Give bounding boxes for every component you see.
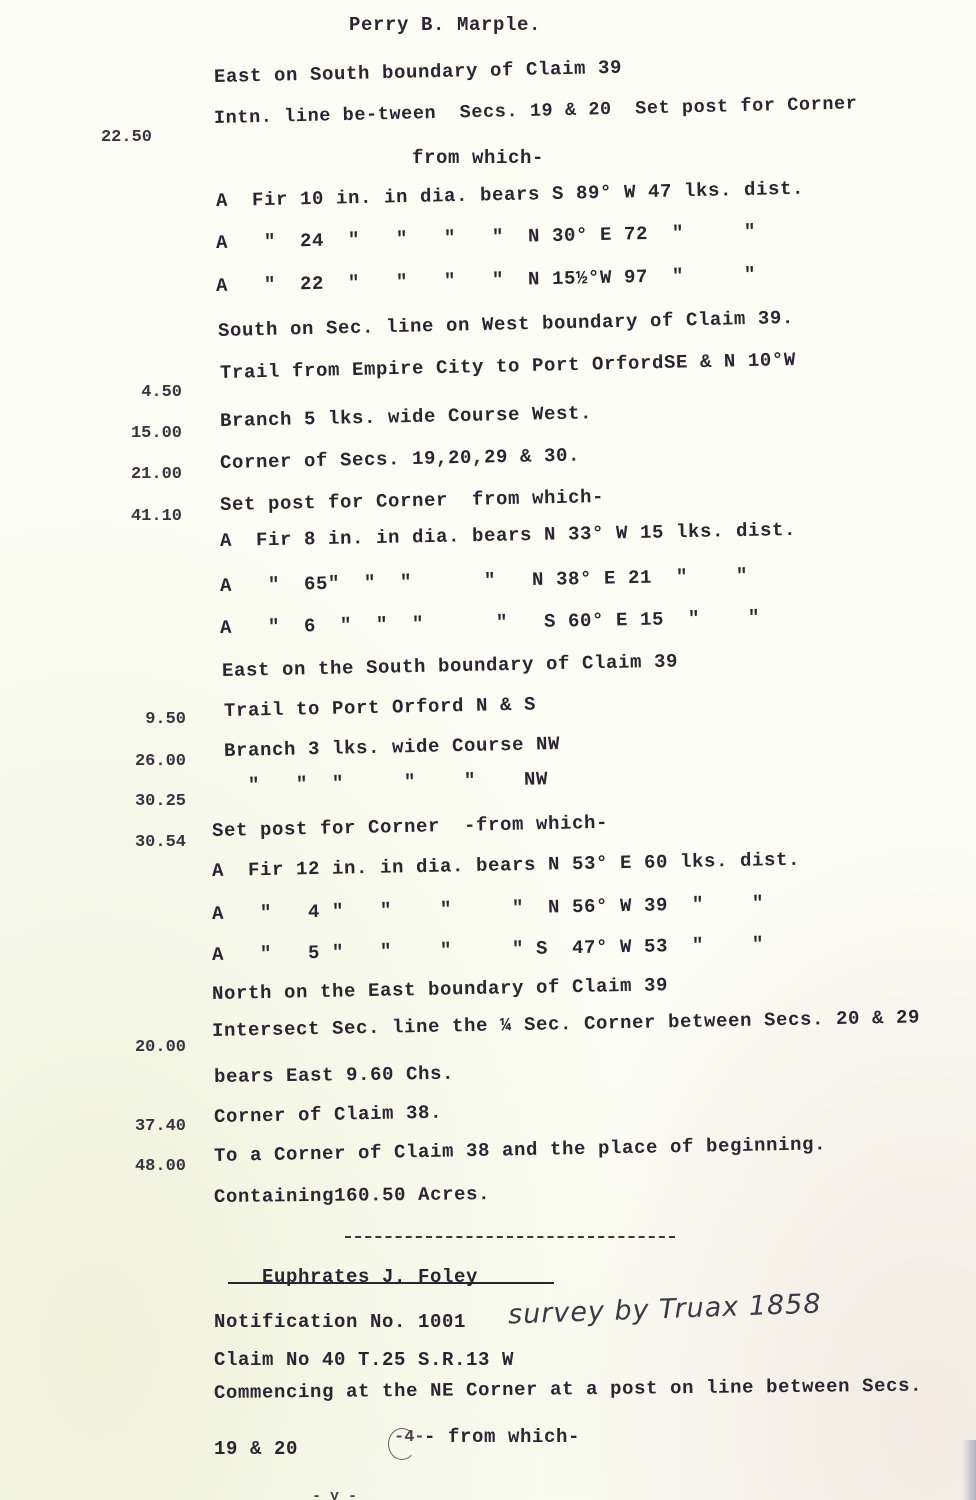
from-which-line: - from which-: [424, 1426, 580, 1448]
station-value: 30.25: [96, 792, 186, 811]
acreage-total: Containing160.50 Acres.: [214, 1183, 490, 1208]
survey-line: Branch 3 lks. wide Course NW: [224, 733, 560, 762]
survey-line: South on Sec. line on West boundary of C…: [218, 307, 794, 342]
witness-tree-line: A " 65" " " " N 38° E 21 " ": [220, 565, 748, 597]
station-value: 21.00: [92, 465, 182, 484]
witness-tree-line: A " 22 " " " " N 15½°W 97 " ": [216, 264, 756, 297]
witness-tree-line: A " 5 " " " " S 47° W 53 " ": [212, 933, 764, 966]
page-edge-shadow: [962, 1440, 976, 1500]
station-value: 30.54: [96, 833, 186, 852]
station-value: 20.00: [96, 1038, 186, 1057]
survey-line: East on the South boundary of Claim 39: [222, 650, 678, 682]
station-value: 41.10: [92, 507, 182, 526]
survey-line: Set post for Corner from which-: [220, 486, 604, 516]
station-value: 48.00: [96, 1157, 186, 1176]
survey-line: East on South boundary of Claim 39: [214, 57, 622, 88]
station-value: 15.00: [92, 424, 182, 443]
section-divider: [345, 1236, 675, 1238]
scanned-document-page: Perry B. Marple. East on South boundary …: [0, 0, 976, 1500]
witness-tree-line: A " 24 " " " " N 30° E 72 " ": [216, 221, 756, 254]
witness-tree-line: A Fir 10 in. in dia. bears S 89° W 47 lk…: [216, 178, 804, 212]
witness-tree-line: A Fir 8 in. in dia. bears N 33° W 15 lks…: [220, 519, 796, 552]
survey-line: Set post for Corner -from which-: [212, 812, 608, 842]
witness-tree-line: A Fir 12 in. in dia. bears N 53° E 60 lk…: [212, 849, 800, 882]
footer-mark: - y -: [312, 1488, 357, 1500]
station-value: 4.50: [92, 383, 182, 402]
witness-tree-line: A " 4 " " " " N 56° W 39 " ": [212, 892, 764, 925]
handwritten-annotation: survey by Truax 1858: [508, 1289, 822, 1331]
claimant-name-header: Perry B. Marple.: [349, 14, 541, 36]
sections-line: 19 & 20: [214, 1438, 298, 1460]
station-value: 22.50: [62, 128, 152, 147]
survey-line: Intersect Sec. line the ¼ Sec. Corner be…: [212, 1006, 920, 1042]
survey-line: Corner of Claim 38.: [214, 1102, 442, 1128]
station-value: 37.40: [96, 1117, 186, 1136]
witness-tree-line: A " 6 " " " " S 60° E 15 " ": [220, 607, 760, 639]
survey-line: Trail to Port Orford N & S: [224, 693, 536, 722]
station-value: 9.50: [96, 710, 186, 729]
survey-line: " " " " " NW: [224, 768, 548, 797]
survey-line: Trail from Empire City to Port OrfordSE …: [220, 349, 796, 384]
page-number: -4-: [394, 1428, 425, 1447]
survey-line: from which-: [412, 147, 544, 169]
survey-line: To a Corner of Claim 38 and the place of…: [214, 1133, 826, 1167]
survey-line: North on the East boundary of Claim 39: [212, 974, 668, 1005]
commencing-line: Commencing at the NE Corner at a post on…: [214, 1375, 922, 1404]
name-underline: [228, 1282, 554, 1284]
station-value: 26.00: [96, 752, 186, 771]
survey-line: Corner of Secs. 19,20,29 & 30.: [220, 444, 580, 474]
notification-number: Notification No. 1001: [214, 1311, 466, 1333]
survey-line: Intn. line be-tween Secs. 19 & 20 Set po…: [214, 93, 858, 129]
survey-line: Branch 5 lks. wide Course West.: [220, 402, 592, 432]
survey-line: bears East 9.60 Chs.: [214, 1063, 454, 1088]
claimant-name: Euphrates J. Foley: [262, 1266, 478, 1288]
claim-description: Claim No 40 T.25 S.R.13 W: [214, 1349, 514, 1371]
